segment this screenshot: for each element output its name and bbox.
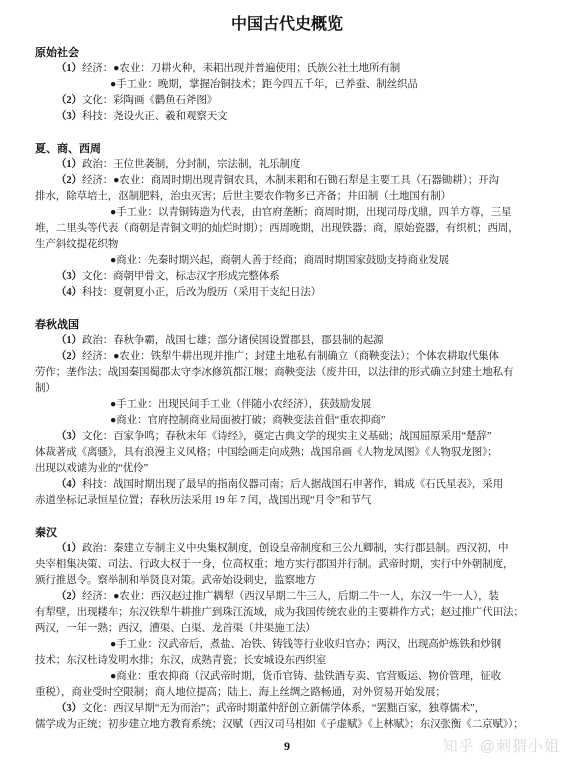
line-text: ●手工业：汉武帝后，煮盐、冶铁、铸钱等行业收归官办；两汉，出现高炉炼铁和炒钢 [110, 639, 501, 650]
line-text: 文化：西汉早期“无为而治”；武帝时期董仲舒创立新儒学体系，“罢黜百家，独尊儒术”… [82, 703, 485, 714]
text-line: 体裁著成《离骚》，具有浪漫主义风格；中国绘画走向成熟；战国帛画《人物龙凤图》《人… [35, 445, 544, 461]
text-line: （3）科技：尧设火正、羲和观察天文 [35, 109, 544, 125]
line-text: 经济：●农业：西汉赵过推广耦犁（西汉早期二牛三人，后期二牛一人，东汉一牛一人），… [82, 591, 499, 602]
item-number: （3） [56, 111, 82, 122]
line-text: 制） [35, 383, 56, 394]
text-line: 排水，除草培土，沤制肥料，治虫灭害；后世主要农作物多已齐备；井田制（土地国有制） [35, 189, 544, 205]
line-text: 有犁壁，出现耧车；东汉铁犁牛耕推广到珠江流域，成为我国传统农业的主要耕作方式；赵… [35, 607, 524, 618]
section-spring-autumn-warring-states: 春秋战国（1）政治：春秋争霸，战国七雄；部分诸侯国设置郡县，郡县制的起源（2）经… [35, 317, 544, 509]
line-text: 颁行推恩令。察举制和举贤良对策。武帝始设刺史，监察地方 [35, 575, 316, 586]
text-line: （4）科技：战国时期出现了最早的指南仪器司南；后人据战国石申著作，辑成《石氏星表… [35, 477, 544, 493]
line-text: 央宰相集决策、司法、行政大权于一身，位高权重；地方实行郡国并行制。武帝时期，实行… [35, 559, 513, 570]
text-line: 制） [35, 381, 544, 397]
text-line: 重税），商业受时空限制；商人地位提高；陆上、海上丝绸之路畅通，对外贸易开始发展； [35, 685, 544, 701]
line-text: ●商业：官府控制商业局面被打破；商鞅变法首倡“重农抑商” [110, 415, 385, 426]
text-line: 儒学成为正统；初步建立地方教育系统；汉赋（西汉司马相如《子虚赋》《上林赋》；东汉… [35, 717, 544, 733]
item-number: （2） [56, 95, 82, 106]
document-body: 原始社会（1）经济：●农业：刀耕火种，耒耜出现并普遍使用；氏族公社土地所有制●手… [0, 37, 574, 733]
line-text: 技术；东汉杜诗发明水排；东汉，成熟青瓷；长安城设东西织室 [35, 655, 326, 666]
text-line: （1）政治：王位世袭制，分封制，宗法制，礼乐制度 [35, 157, 544, 173]
text-line: 赤道坐标记录恒星位置；春秋历法采用 19 年 7 闰，战国出现“月令”和节气 [35, 493, 544, 509]
text-line: （2）文化：彩陶画《鹳鱼石斧图》 [35, 93, 544, 109]
section-heading: 春秋战国 [35, 317, 544, 333]
text-line: 颁行推恩令。察举制和举贤良对策。武帝始设刺史，监察地方 [35, 573, 544, 589]
text-line: ●手工业：汉武帝后，煮盐、冶铁、铸钱等行业收归官办；两汉，出现高炉炼铁和炒钢 [35, 637, 544, 653]
line-text: 经济：●农业：商周时期出现青铜农具，木制耒耜和石锄石犁是主要工具（石器锄耕）；开… [82, 175, 499, 186]
section-heading: 秦汉 [35, 525, 544, 541]
text-line: ●商业：先秦时期兴起，商朝人善于经商；商周时期国家鼓励支持商业发展 [35, 253, 544, 269]
line-text: 体裁著成《离骚》，具有浪漫主义风格；中国绘画走向成熟；战国帛画《人物龙凤图》《人… [35, 447, 498, 458]
text-line: 两汉，一年一熟；西汉，漕渠、白渠、龙首渠（井渠施工法） [35, 621, 544, 637]
line-text: 文化：百家争鸣；春秋末年《诗经》，奠定古典文学的现实主义基础；战国屈原采用“楚辞… [82, 431, 491, 442]
text-line: （1）政治：秦建立专制主义中央集权制度，创设皇帝制度和三公九卿制，实行郡县制。西… [35, 541, 544, 557]
text-line: ●手工业：晚期，掌握冶铜技术；距今四五千年，已养蚕、制丝织品 [35, 77, 544, 93]
text-line: （1）政治：春秋争霸，战国七雄；部分诸侯国设置郡县，郡县制的起源 [35, 333, 544, 349]
line-text: 经济：●农业：铁犁牛耕出现并推广；封建土地私有制确立（商鞅变法）；个体农耕取代集… [82, 351, 499, 362]
text-line: （4）科技：夏朝夏小正，后改为殷历（采用干支纪日法） [35, 285, 544, 301]
line-text: 文化：彩陶画《鹳鱼石斧图》 [82, 95, 217, 106]
item-number: （1） [56, 63, 82, 74]
text-line: （3）文化：商朝甲骨文，标志汉字形成完整体系 [35, 269, 544, 285]
item-number: （3） [56, 703, 82, 714]
section-xia-shang-western-zhou: 夏、商、西周（1）政治：王位世袭制，分封制，宗法制，礼乐制度（2）经济：●农业：… [35, 141, 544, 301]
line-text: 赤道坐标记录恒星位置；春秋历法采用 19 年 7 闰，战国出现“月令”和节气 [35, 495, 371, 506]
text-line: ●手工业：出现民间手工业（伴随小农经济），获鼓励发展 [35, 397, 544, 413]
text-line: 堆，二里头等代表（商朝是青铜文明的灿烂时期）；西周晚期，出现铁器；商，原始瓷器，… [35, 221, 544, 237]
page-title: 中国古代史概览 [0, 0, 574, 37]
line-text: ●商业：重农抑商（汉武帝时期，货币官铸、盐铁酒专卖、官营贩运、物价管理，征收 [110, 671, 501, 682]
document-page: 中国古代史概览 原始社会（1）经济：●农业：刀耕火种，耒耜出现并普遍使用；氏族公… [0, 0, 574, 769]
line-text: 科技：尧设火正、羲和观察天文 [82, 111, 228, 122]
line-text: 重税），商业受时空限制；商人地位提高；陆上、海上丝绸之路畅通，对外贸易开始发展； [35, 687, 446, 698]
line-text: 科技：战国时期出现了最早的指南仪器司南；后人据战国石申著作，辑成《石氏星表》，采… [82, 479, 503, 490]
item-number: （1） [56, 335, 82, 346]
item-number: （1） [56, 543, 82, 554]
line-text: 文化：商朝甲骨文，标志汉字形成完整体系 [82, 271, 280, 282]
item-number: （1） [56, 159, 82, 170]
text-line: （2）经济：●农业：西汉赵过推广耦犁（西汉早期二牛三人，后期二牛一人，东汉一牛一… [35, 589, 544, 605]
line-text: 政治：王位世袭制，分封制，宗法制，礼乐制度 [82, 159, 300, 170]
text-line: （2）经济：●农业：商周时期出现青铜农具，木制耒耜和石锄石犁是主要工具（石器锄耕… [35, 173, 544, 189]
line-text: 政治：春秋争霸，战国七雄；部分诸侯国设置郡县，郡县制的起源 [82, 335, 384, 346]
item-number: （4） [56, 479, 82, 490]
section-primitive-society: 原始社会（1）经济：●农业：刀耕火种，耒耜出现并普遍使用；氏族公社土地所有制●手… [35, 45, 544, 125]
line-text: 排水，除草培土，沤制肥料，治虫灭害；后世主要农作物多已齐备；井田制（土地国有制） [35, 191, 451, 202]
item-number: （3） [56, 271, 82, 282]
line-text: 生产斜纹提花织物 [35, 239, 118, 250]
text-line: （2）经济：●农业：铁犁牛耕出现并推广；封建土地私有制确立（商鞅变法）；个体农耕… [35, 349, 544, 365]
line-text: 堆，二里头等代表（商朝是青铜文明的灿烂时期）；西周晚期，出现铁器；商，原始瓷器，… [35, 223, 519, 234]
text-line: 技术；东汉杜诗发明水排；东汉，成熟青瓷；长安城设东西织室 [35, 653, 544, 669]
section-qin-han: 秦汉（1）政治：秦建立专制主义中央集权制度，创设皇帝制度和三公九卿制，实行郡县制… [35, 525, 544, 733]
text-line: 央宰相集决策、司法、行政大权于一身，位高权重；地方实行郡国并行制。武帝时期，实行… [35, 557, 544, 573]
item-number: （2） [56, 175, 82, 186]
text-line: ●手工业：以青铜铸造为代表，由官府垄断；商周时期，出现司母戊鼎，四羊方尊，三星 [35, 205, 544, 221]
line-text: ●手工业：以青铜铸造为代表，由官府垄断；商周时期，出现司母戊鼎，四羊方尊，三星 [110, 207, 511, 218]
text-line: （3）文化：西汉早期“无为而治”；武帝时期董仲舒创立新儒学体系，“罢黜百家，独尊… [35, 701, 544, 717]
line-text: ●商业：先秦时期兴起，商朝人善于经商；商周时期国家鼓励支持商业发展 [110, 255, 449, 266]
line-text: 科技：夏朝夏小正，后改为殷历（采用干支纪日法） [82, 287, 321, 298]
item-number: （4） [56, 287, 82, 298]
line-text: 经济：●农业：刀耕火种，耒耜出现并普遍使用；氏族公社土地所有制 [82, 63, 400, 74]
line-text: 政治：秦建立专制主义中央集权制度，创设皇帝制度和三公九卿制，实行郡县制。西汉初，… [82, 543, 508, 554]
section-heading: 原始社会 [35, 45, 544, 61]
line-text: 两汉，一年一熟；西汉，漕渠、白渠、龙首渠（井渠施工法） [35, 623, 316, 634]
section-heading: 夏、商、西周 [35, 141, 544, 157]
line-text: 出现以戏谑为业的“优伶” [35, 463, 148, 474]
text-line: 生产斜纹提花织物 [35, 237, 544, 253]
text-line: （1）经济：●农业：刀耕火种，耒耜出现并普遍使用；氏族公社土地所有制 [35, 61, 544, 77]
text-line: 有犁壁，出现耧车；东汉铁犁牛耕推广到珠江流域，成为我国传统农业的主要耕作方式；赵… [35, 605, 544, 621]
text-line: ●商业：官府控制商业局面被打破；商鞅变法首倡“重农抑商” [35, 413, 544, 429]
line-text: ●手工业：出现民间手工业（伴随小农经济），获鼓励发展 [110, 399, 371, 410]
item-number: （2） [56, 351, 82, 362]
zhihu-watermark: 知乎 @刺猬小姐 [443, 735, 560, 756]
item-number: （2） [56, 591, 82, 602]
text-line: ●商业：重农抑商（汉武帝时期，货币官铸、盐铁酒专卖、官营贩运、物价管理，征收 [35, 669, 544, 685]
item-number: （3） [56, 431, 82, 442]
line-text: ●手工业：晚期，掌握冶铜技术；距今四五千年，已养蚕、制丝织品 [110, 79, 418, 90]
text-line: （3）文化：百家争鸣；春秋末年《诗经》，奠定古典文学的现实主义基础；战国屈原采用… [35, 429, 544, 445]
text-line: 劳作；垄作法；战国秦国蜀郡太守李冰修筑都江堰；商鞅变法（废井田，以法律的形式确立… [35, 365, 544, 381]
line-text: 劳作；垄作法；战国秦国蜀郡太守李冰修筑都江堰；商鞅变法（废井田，以法律的形式确立… [35, 367, 513, 378]
line-text: 儒学成为正统；初步建立地方教育系统；汉赋（西汉司马相如《子虚赋》《上林赋》；东汉… [35, 719, 524, 730]
text-line: 出现以戏谑为业的“优伶” [35, 461, 544, 477]
